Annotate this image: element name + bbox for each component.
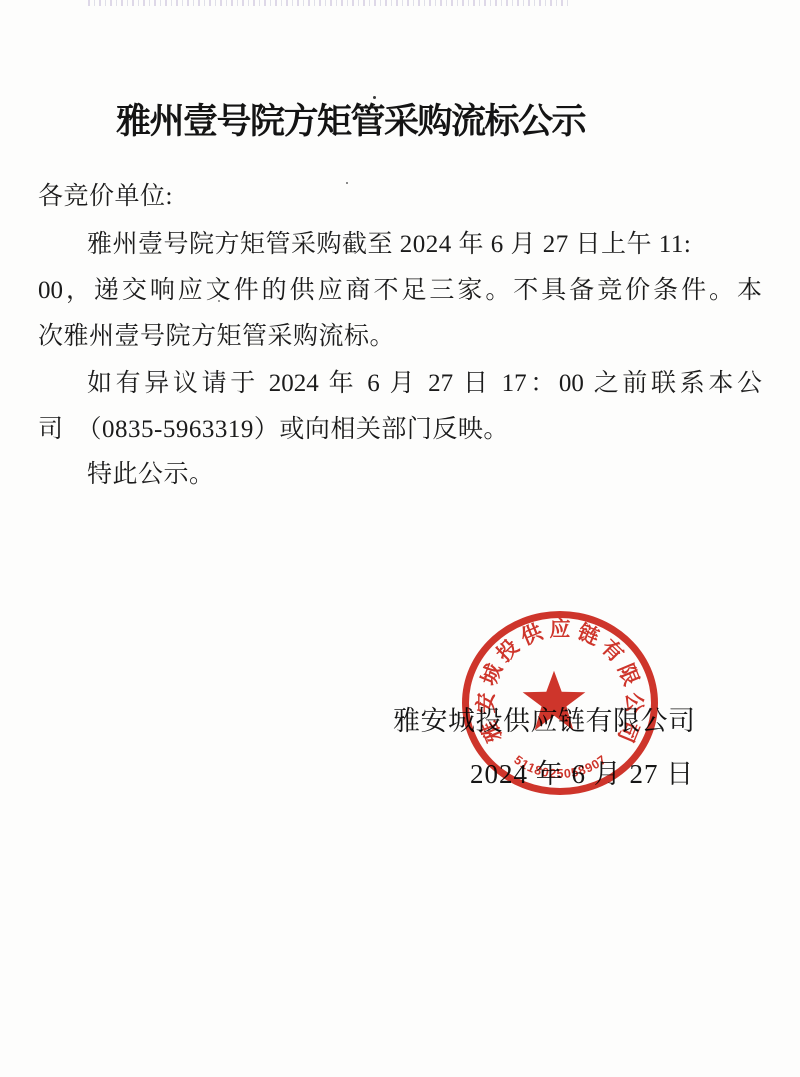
body-line: 次雅州壹号院方矩管采购流标。 [38, 321, 762, 355]
body-line: 司 （0835-5963319）或向相关部门反映。 [38, 414, 762, 448]
document-body: 各竞价单位:雅州壹号院方矩管采购截至 2024 年 6 月 27 日上午 11:… [38, 0, 762, 520]
document-page: 雅州壹号院方矩管采购流标公示 各竞价单位:雅州壹号院方矩管采购截至 2024 年… [0, 0, 800, 1077]
body-line: 00，递交响应文件的供应商不足三家。不具备竞价条件。本 [38, 275, 762, 309]
body-line: 如有异议请于 2024 年 6 月 27 日 17：00 之前联系本公 [38, 368, 762, 402]
seal-star-icon [519, 668, 589, 734]
body-line: 雅州壹号院方矩管采购截至 2024 年 6 月 27 日上午 11: [38, 229, 762, 263]
company-seal: 雅安城投供应链有限公司 5118025058907 [462, 611, 658, 795]
body-line: 特此公示。 [38, 459, 762, 493]
body-line: 各竞价单位: [38, 181, 762, 215]
